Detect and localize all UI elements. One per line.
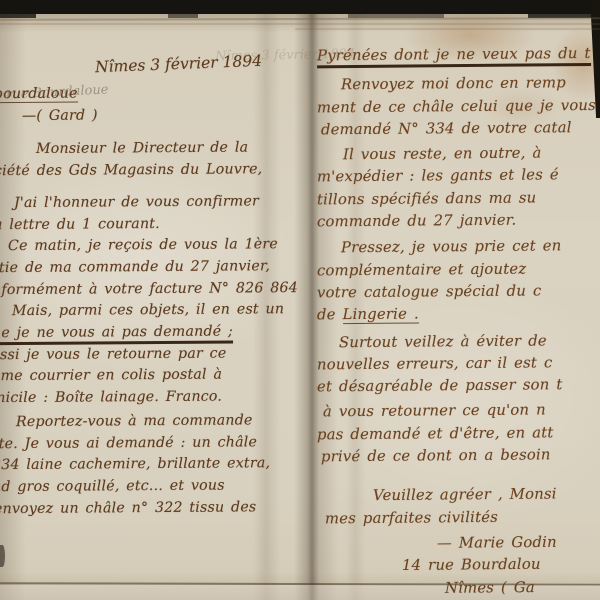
handwriting-line: Pressez, je vous prie cet en [341, 235, 600, 260]
handwriting-line: 334 laine cachemire, brillante extra, [0, 453, 322, 477]
handwriting-line: Pyrénées dont je ne veux pas du t [317, 43, 600, 68]
handwriting-line: pas demandé et d'être, en att [317, 421, 600, 446]
handwriting-line: nouvelles erreurs, car il est c [317, 352, 600, 377]
left-page: bourdaloue—( Gard )Monsieur le Directeur… [0, 56, 322, 519]
handwriting-line: ême courrier en colis postal à [0, 364, 322, 388]
handwriting-line: m'expédier : les gants et les é [317, 164, 600, 189]
handwriting-line: a lettre du 1 courant. [0, 212, 322, 236]
handwriting-line: ite. Je vous ai demandé : un châle [0, 431, 322, 455]
letter-photograph: rue Bourdaloue Nîmes 3 février 1894 Nîme… [0, 0, 600, 600]
handwriting-line: micile : Boîte lainage. Franco. [0, 386, 322, 410]
handwriting-line: privé de ce dont on a besoin [321, 444, 600, 469]
handwriting-line: J'ai l'honneur de vous confirmer [14, 191, 322, 215]
handwriting-line: Mais, parmi ces objets, il en est un [12, 299, 322, 323]
handwriting-line: Il vous reste, en outre, à [343, 142, 600, 167]
closing-line: mes parfaites civilités [325, 505, 600, 530]
handwriting-line: demandé N° 334 de votre catal [321, 117, 600, 142]
handwriting-line: complémentaire et ajoutez [317, 257, 600, 282]
paper-edge-line [0, 23, 600, 25]
sender-address-fragment: bourdaloue [0, 82, 322, 106]
handwriting-line: nformément à votre facture N° 826 864 [0, 277, 322, 301]
handwriting-line: commande du 27 janvier. [317, 209, 600, 234]
handwriting-line: ue je ne vous ai pas demandé ; [0, 321, 322, 345]
salutation-line: ciété des Gds Magasins du Louvre, [0, 159, 322, 183]
handwriting-line: tillons spécifiés dans ma su [317, 186, 600, 211]
right-page: Pyrénées dont je ne veux pas du tRenvoye… [317, 44, 600, 599]
handwriting-line: rtie de ma commande du 27 janvier, [0, 256, 322, 280]
handwriting-line: à vous retourner ce qu'on n [323, 399, 600, 424]
handwriting-line: Reportez-vous à ma commande [16, 410, 322, 434]
salutation-line: Monsieur le Directeur de la [36, 137, 322, 161]
handwriting-line: ssi je vous le retourne par ce [0, 343, 322, 367]
sender-address-fragment: —( Gard ) [22, 104, 322, 128]
signature-address-line: 14 rue Bourdalou [402, 553, 600, 577]
closing-line: Veuillez agréer , Monsi [373, 483, 600, 508]
handwriting-line: Surtout veillez à éviter de [339, 329, 600, 354]
photo-dark-background-left [0, 545, 5, 567]
handwriting-line: votre catalogue spécial du c [317, 280, 600, 305]
signature-address-line: Nîmes ( Ga [445, 576, 600, 600]
handwriting-line: Renvoyez moi donc en remp [341, 72, 600, 97]
photo-dark-background-top [0, 0, 600, 14]
handwriting-line: Ce matin, je reçois de vous la 1ère [8, 234, 322, 258]
signature-line: — Marie Godin [437, 531, 600, 555]
handwriting-line: et désagréable de passer son t [317, 374, 600, 399]
handwriting-line: de Lingerie . [317, 302, 600, 327]
paper-edge-line [295, 28, 600, 30]
handwriting-line: ment de ce châle celui que je vous [317, 94, 600, 119]
handwriting-line: envoyez un châle n° 322 tissu des [0, 497, 322, 521]
handwriting-line: nd gros coquillé, etc... et vous [0, 475, 322, 499]
